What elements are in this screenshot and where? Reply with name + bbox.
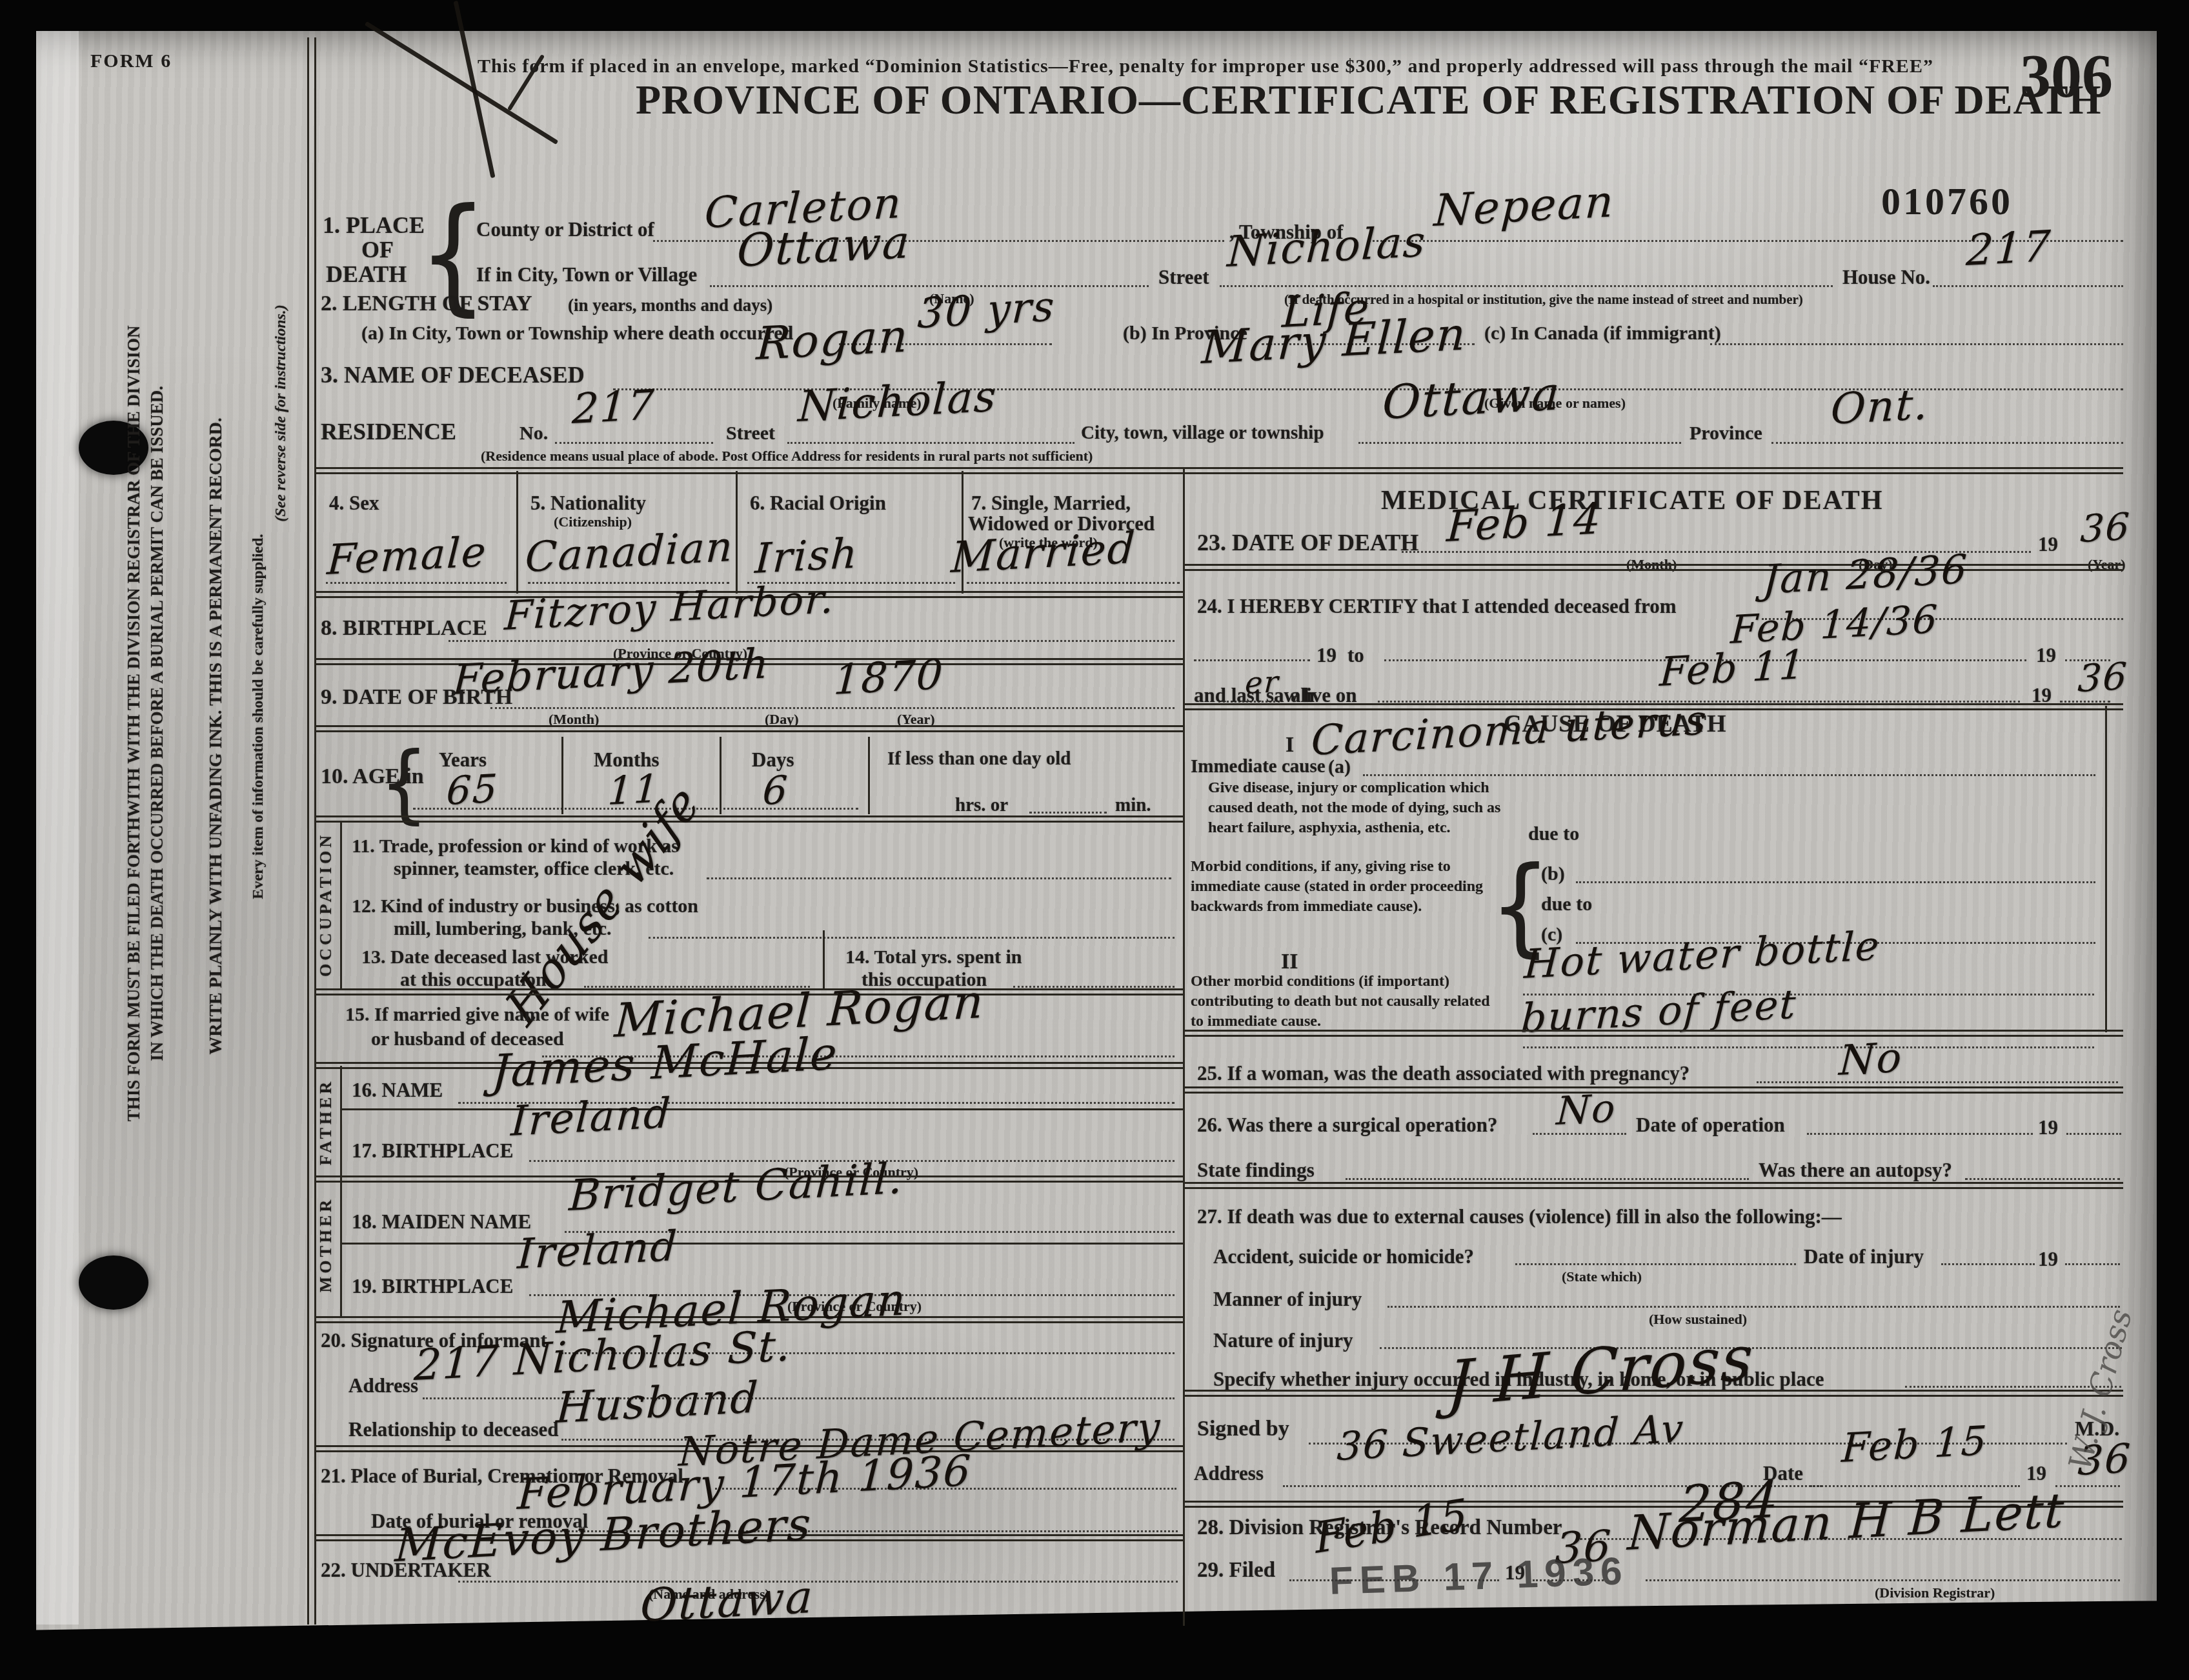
dotted-line <box>1941 1263 2035 1265</box>
mother-birthplace-value: Ireland <box>516 1223 679 1279</box>
year-prefix: 19 <box>2036 644 2056 667</box>
page-title: PROVINCE OF ONTARIO—CERTIFICATE OF REGIS… <box>636 76 2101 124</box>
section-rule <box>316 815 1183 823</box>
dotted-line <box>1358 442 1681 444</box>
nature-of-injury-label: Nature of injury <box>1213 1329 1353 1352</box>
place-title-1: 1. PLACE <box>323 212 425 239</box>
immediate-cause-label: Immediate cause <box>1191 756 1326 777</box>
residence-province-value: Ont. <box>1830 379 1930 434</box>
cause-part-2: II <box>1281 950 1298 974</box>
residence-street-label: Street <box>726 423 775 445</box>
gutter-line <box>340 821 342 988</box>
village-value: Ottawa <box>736 215 912 277</box>
page-number: 306 <box>2020 40 2113 112</box>
punch-hole <box>79 1255 148 1310</box>
physician-date-value: Feb 15 <box>1841 1417 1989 1472</box>
margin-filing-notice: THIS FORM MUST BE FILED FORTHWITH WITH T… <box>122 323 169 1123</box>
alive-year-value: 36 <box>2077 654 2129 701</box>
dotted-line <box>1933 285 2123 287</box>
dotted-line <box>1218 701 1280 703</box>
father-birthplace-value: Ireland <box>510 1090 672 1146</box>
residence-street-value: Nicholas <box>797 372 998 432</box>
margin-reverse-notice: (See reverse side for instructions.) <box>272 220 290 607</box>
death-year-value: 36 <box>2079 505 2132 551</box>
dotted-line <box>1194 659 1310 661</box>
to-label: to <box>1347 644 1364 667</box>
form-border-line <box>307 37 309 1625</box>
injury-date-label: Date of injury <box>1804 1245 1924 1268</box>
accident-label: Accident, suicide or homicide? <box>1213 1245 1474 1268</box>
informant-relationship-label: Relationship to deceased <box>348 1418 559 1441</box>
residence-no-value: 217 <box>571 381 656 434</box>
occupation-side-label: OCCUPATION <box>316 808 336 1001</box>
section-rule <box>1185 1086 2123 1094</box>
date-of-death-label: 23. DATE OF DEATH <box>1197 529 1418 556</box>
father-name-label: 16. NAME <box>352 1079 443 1102</box>
dotted-line <box>1771 442 2123 444</box>
family-name-value: Rogan <box>755 309 910 370</box>
stay-canada-label: (c) In Canada (if immigrant) <box>1484 323 1721 345</box>
stay-city-label: (a) In City, Town or Township where deat… <box>361 323 793 345</box>
autopsy-label: Was there an autopsy? <box>1759 1159 1952 1182</box>
residence-label: RESIDENCE <box>321 418 456 445</box>
less-than-day-label: If less than one day old <box>887 748 1071 770</box>
immediate-cause-note: Give disease, injury or complication whi… <box>1208 778 1511 839</box>
dotted-line <box>1807 1133 2033 1135</box>
section-rule <box>316 467 2123 474</box>
column-divider-line <box>1183 467 1185 1626</box>
street-label: Street <box>1158 266 1209 289</box>
dotted-line <box>1757 1081 2118 1083</box>
birthplace-label: 8. BIRTHPLACE <box>321 616 487 641</box>
last-saw-pronoun-value: er <box>1244 664 1280 701</box>
section-rule <box>1185 1182 2123 1189</box>
mother-maiden-label: 18. MAIDEN NAME <box>352 1210 531 1234</box>
residence-city-value: Ottawa <box>1381 366 1562 430</box>
cause-part-1: I <box>1286 733 1294 757</box>
village-label: If in City, Town or Village <box>476 263 697 286</box>
dotted-line <box>423 1397 1175 1399</box>
page-edge-strip <box>36 31 79 1625</box>
county-label: County or District of <box>476 218 654 241</box>
marital-label-1: 7. Single, Married, <box>971 492 1131 515</box>
alive-on-value: Feb 11 <box>1659 641 1807 695</box>
dotted-line <box>787 442 1074 444</box>
form-number-label: FORM 6 <box>90 50 172 72</box>
residence-note: (Residence means usual place of abode. P… <box>481 448 1093 465</box>
residence-no-label: No. <box>520 423 548 445</box>
mail-notice: This form if placed in an envelope, mark… <box>478 55 1933 77</box>
year-prefix: 19 <box>2038 533 2058 556</box>
father-side-label: FATHER <box>316 1057 336 1186</box>
street-value: Nicholas <box>1226 217 1427 277</box>
dotted-line <box>649 937 1175 939</box>
name-of-deceased-label: 3. NAME OF DECEASED <box>321 361 585 388</box>
dotted-line <box>1013 986 1175 988</box>
section-rule <box>316 725 1183 732</box>
cell-divider-line <box>516 471 518 594</box>
nationality-sublabel: (Citizenship) <box>554 514 632 530</box>
dotted-line <box>1533 1133 1626 1135</box>
dotted-line <box>1346 1178 1749 1180</box>
cell-divider-line <box>736 471 738 594</box>
place-title-3: DEATH <box>326 261 407 288</box>
dotted-line <box>1646 1579 2120 1581</box>
sex-value: Female <box>326 528 489 585</box>
residence-city-label: City, town, village or township <box>1081 423 1324 444</box>
mother-birthplace-label: 19. BIRTHPLACE <box>352 1275 513 1298</box>
pregnancy-value: No <box>1838 1034 1904 1085</box>
racial-origin-label: 6. Racial Origin <box>750 492 886 515</box>
dotted-line <box>1576 881 2095 883</box>
dotted-line <box>1515 1263 1796 1265</box>
section-rule <box>342 1243 1183 1245</box>
hrs-label: hrs. or <box>955 795 1008 816</box>
dotted-line <box>707 877 1171 879</box>
date-of-death-value: Feb 14 <box>1446 494 1603 552</box>
margin-ink-notice: WRITE PLAINLY WITH UNFADING INK. THIS IS… <box>206 365 227 1107</box>
manner-of-injury-label: Manner of injury <box>1213 1288 1362 1311</box>
dotted-line <box>1965 1178 2120 1180</box>
dotted-line <box>710 285 1149 287</box>
external-causes-label: 27. If death was due to external causes … <box>1197 1205 1842 1228</box>
dotted-line <box>449 640 1175 642</box>
signed-by-label: Signed by <box>1197 1417 1289 1441</box>
min-label: min. <box>1115 795 1151 816</box>
township-value: Nepean <box>1433 176 1616 237</box>
occupation-12-label: 12. Kind of industry or business, as cot… <box>352 895 698 917</box>
division-registrar-sublabel: (Division Registrar) <box>1875 1585 1995 1601</box>
father-birthplace-label: 17. BIRTHPLACE <box>352 1139 513 1163</box>
year-prefix: 19 <box>2038 1116 2058 1139</box>
dotted-line <box>1363 774 2095 776</box>
birth-year-value: 1870 <box>832 651 945 705</box>
operation-value: No <box>1555 1086 1617 1134</box>
undertaker-city-value: Ottawa <box>639 1570 815 1632</box>
due-to-label: due to <box>1528 823 1579 845</box>
marital-value: Married <box>950 523 1137 583</box>
house-no-label: House No. <box>1842 266 1930 289</box>
findings-label: State findings <box>1197 1159 1315 1182</box>
dotted-line <box>967 582 1180 584</box>
length-of-stay-sublabel: (in years, months and days) <box>568 295 772 315</box>
dotted-line <box>2065 1263 2120 1265</box>
length-of-stay-label: 2. LENGTH OF STAY <box>321 292 532 316</box>
dotted-line <box>2060 701 2110 703</box>
year-prefix: 19 <box>1316 644 1337 667</box>
mother-side-label: MOTHER <box>316 1180 336 1309</box>
certify-label: 24. I HEREBY CERTIFY that I attended dec… <box>1197 595 1677 618</box>
place-title-2: OF <box>361 236 394 263</box>
cause-box-border <box>2105 706 2107 1032</box>
cell-divider-line <box>868 737 870 814</box>
dotted-line <box>458 1581 1178 1583</box>
dotted-line <box>1523 1046 2094 1048</box>
other-morbid-note: Other morbid conditions (if important) c… <box>1191 972 1494 1032</box>
morbid-conditions-note: Morbid conditions, if any, giving rise t… <box>1191 857 1500 917</box>
informant-address-label: Address <box>348 1374 418 1397</box>
year-prefix: 19 <box>2038 1248 2058 1271</box>
gutter-line <box>340 1066 342 1317</box>
dotted-line <box>413 808 858 810</box>
house-no-value: 217 <box>1965 221 2053 275</box>
section-rule <box>1185 1030 2123 1037</box>
cell-divider-line <box>823 930 825 990</box>
date-of-birth-label: 9. DATE OF BIRTH <box>321 685 512 710</box>
occupation-14-label: 14. Total yrs. spent in <box>845 946 1022 968</box>
pregnancy-label: 25. If a woman, was the death associated… <box>1197 1062 1690 1085</box>
dotted-line <box>1387 1306 2120 1308</box>
section-rule <box>1185 564 2123 571</box>
dotted-line <box>2066 1133 2121 1135</box>
dotted-line <box>1710 343 2123 345</box>
racial-origin-value: Irish <box>754 530 860 583</box>
residence-province-label: Province <box>1690 423 1762 445</box>
spouse-label-1: 15. If married give name of wife <box>345 1004 609 1026</box>
dotted-line <box>555 442 713 444</box>
year-prefix: 19 <box>2026 1462 2046 1485</box>
section-rule <box>342 1108 1183 1110</box>
margin-supply-notice: Every item of information should be care… <box>250 485 267 949</box>
cell-divider-line <box>561 737 563 814</box>
physician-address-label: Address <box>1194 1462 1264 1485</box>
due-to-label: due to <box>1541 894 1592 915</box>
sex-label: 4. Sex <box>329 492 379 515</box>
nationality-label: 5. Nationality <box>530 492 646 515</box>
cell-divider-line <box>720 737 721 814</box>
scanned-death-certificate: FORM 6 THIS FORM MUST BE FILED FORTHWITH… <box>0 0 2189 1680</box>
operation-label: 26. Was there a surgical operation? <box>1197 1114 1498 1137</box>
registration-number: 010760 <box>1881 179 2013 224</box>
state-which-sublabel: (State which) <box>1562 1268 1642 1285</box>
cause-b-label: (b) <box>1541 863 1565 885</box>
dotted-line <box>1029 812 1107 814</box>
dotted-line <box>326 582 507 584</box>
age-years-value: 65 <box>445 766 499 814</box>
dotted-line <box>490 707 1175 709</box>
operation-date-label: Date of operation <box>1636 1114 1785 1137</box>
stay-city-value: 30 yrs <box>916 283 1056 338</box>
filed-label: 29. Filed <box>1197 1559 1275 1583</box>
